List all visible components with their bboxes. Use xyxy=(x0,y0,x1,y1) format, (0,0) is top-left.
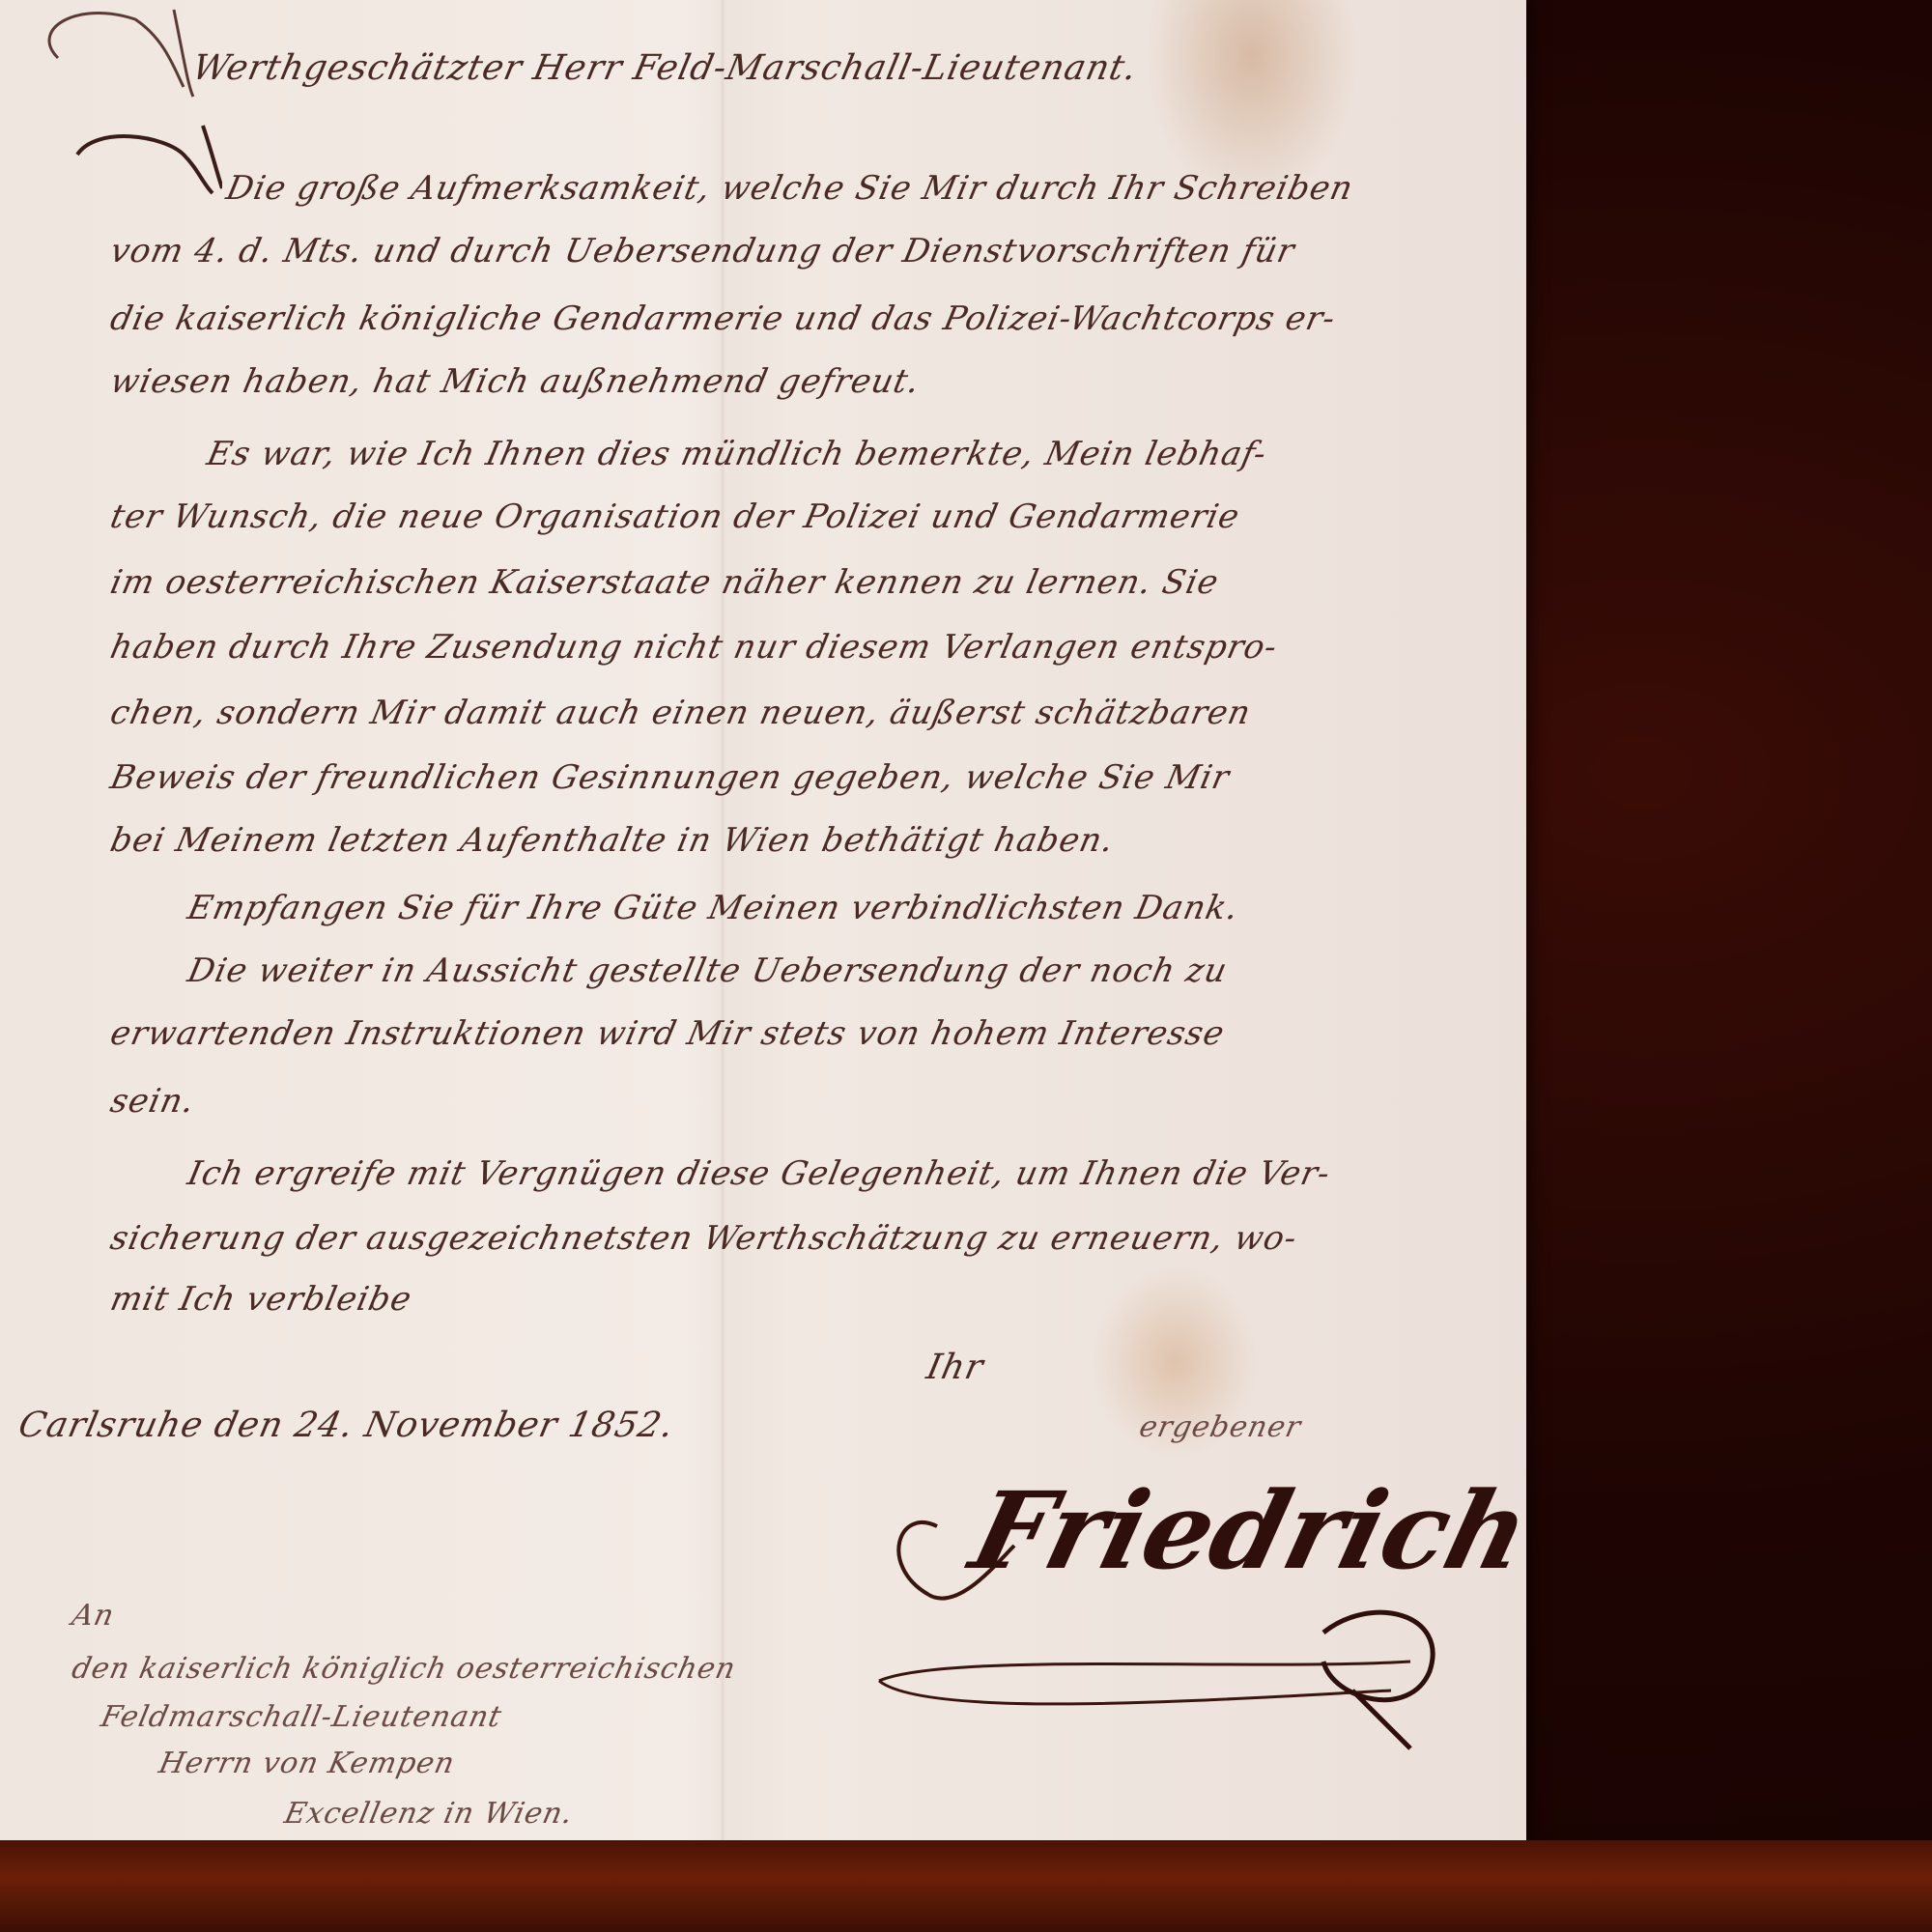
letter-paper: Werthgeschätzter Herr Feld-Marschall-Lie… xyxy=(0,0,1526,1840)
body-line: erwartenden Instruktionen wird Mir stets… xyxy=(107,1014,1229,1053)
wooden-table-surface xyxy=(0,1840,1932,1932)
closing-ergebener: ergebener xyxy=(1136,1410,1304,1444)
body-line: im oesterreichischen Kaiserstaate näher … xyxy=(107,563,1223,602)
body-line: mit Ich verbleibe xyxy=(107,1280,415,1319)
flourish-initial-d xyxy=(58,97,222,213)
salutation: Werthgeschätzter Herr Feld-Marschall-Lie… xyxy=(189,48,1141,88)
body-line: chen, sondern Mir damit auch einen neuen… xyxy=(107,694,1255,732)
body-line: Die große Aufmerksamkeit, welche Sie Mir… xyxy=(223,169,1357,208)
place-date: Carlsruhe den 24. November 1852. xyxy=(15,1406,678,1445)
body-line: die kaiserlich königliche Gendarmerie un… xyxy=(107,299,1340,338)
body-line: haben durch Ihre Zusendung nicht nur die… xyxy=(107,628,1282,667)
body-line: ter Wunsch, die neue Organisation der Po… xyxy=(107,497,1243,536)
body-line: bei Meinem letzten Aufenthalte in Wien b… xyxy=(107,821,1118,860)
body-line: Ich ergreife mit Vergnügen diese Gelegen… xyxy=(185,1154,1334,1193)
closing-ihr: Ihr xyxy=(923,1348,987,1387)
body-line: Empfangen Sie für Ihre Güte Meinen verbi… xyxy=(185,889,1242,927)
address-an: An xyxy=(69,1599,117,1633)
body-line: Die weiter in Aussicht gestellte Ueberse… xyxy=(185,952,1232,990)
body-line: sein. xyxy=(107,1082,199,1121)
body-line: sicherung der ausgezeichnetsten Werthsch… xyxy=(107,1219,1301,1258)
address-line: den kaiserlich königlich oesterreichisch… xyxy=(69,1652,739,1686)
signature: Friedrich xyxy=(960,1468,1542,1593)
body-line: wiesen haben, hat Mich außnehmend gefreu… xyxy=(107,362,923,401)
body-line: Beweis der freundlichen Gesinnungen gege… xyxy=(107,758,1234,797)
address-line: Herrn von Kempen xyxy=(156,1747,458,1780)
body-line: Es war, wie Ich Ihnen dies mündlich beme… xyxy=(204,435,1270,473)
body-line: vom 4. d. Mts. und durch Uebersendung de… xyxy=(107,232,1298,270)
address-line: Feldmarschall-Lieutenant xyxy=(98,1700,505,1734)
address-line: Excellenz in Wien. xyxy=(281,1797,576,1831)
